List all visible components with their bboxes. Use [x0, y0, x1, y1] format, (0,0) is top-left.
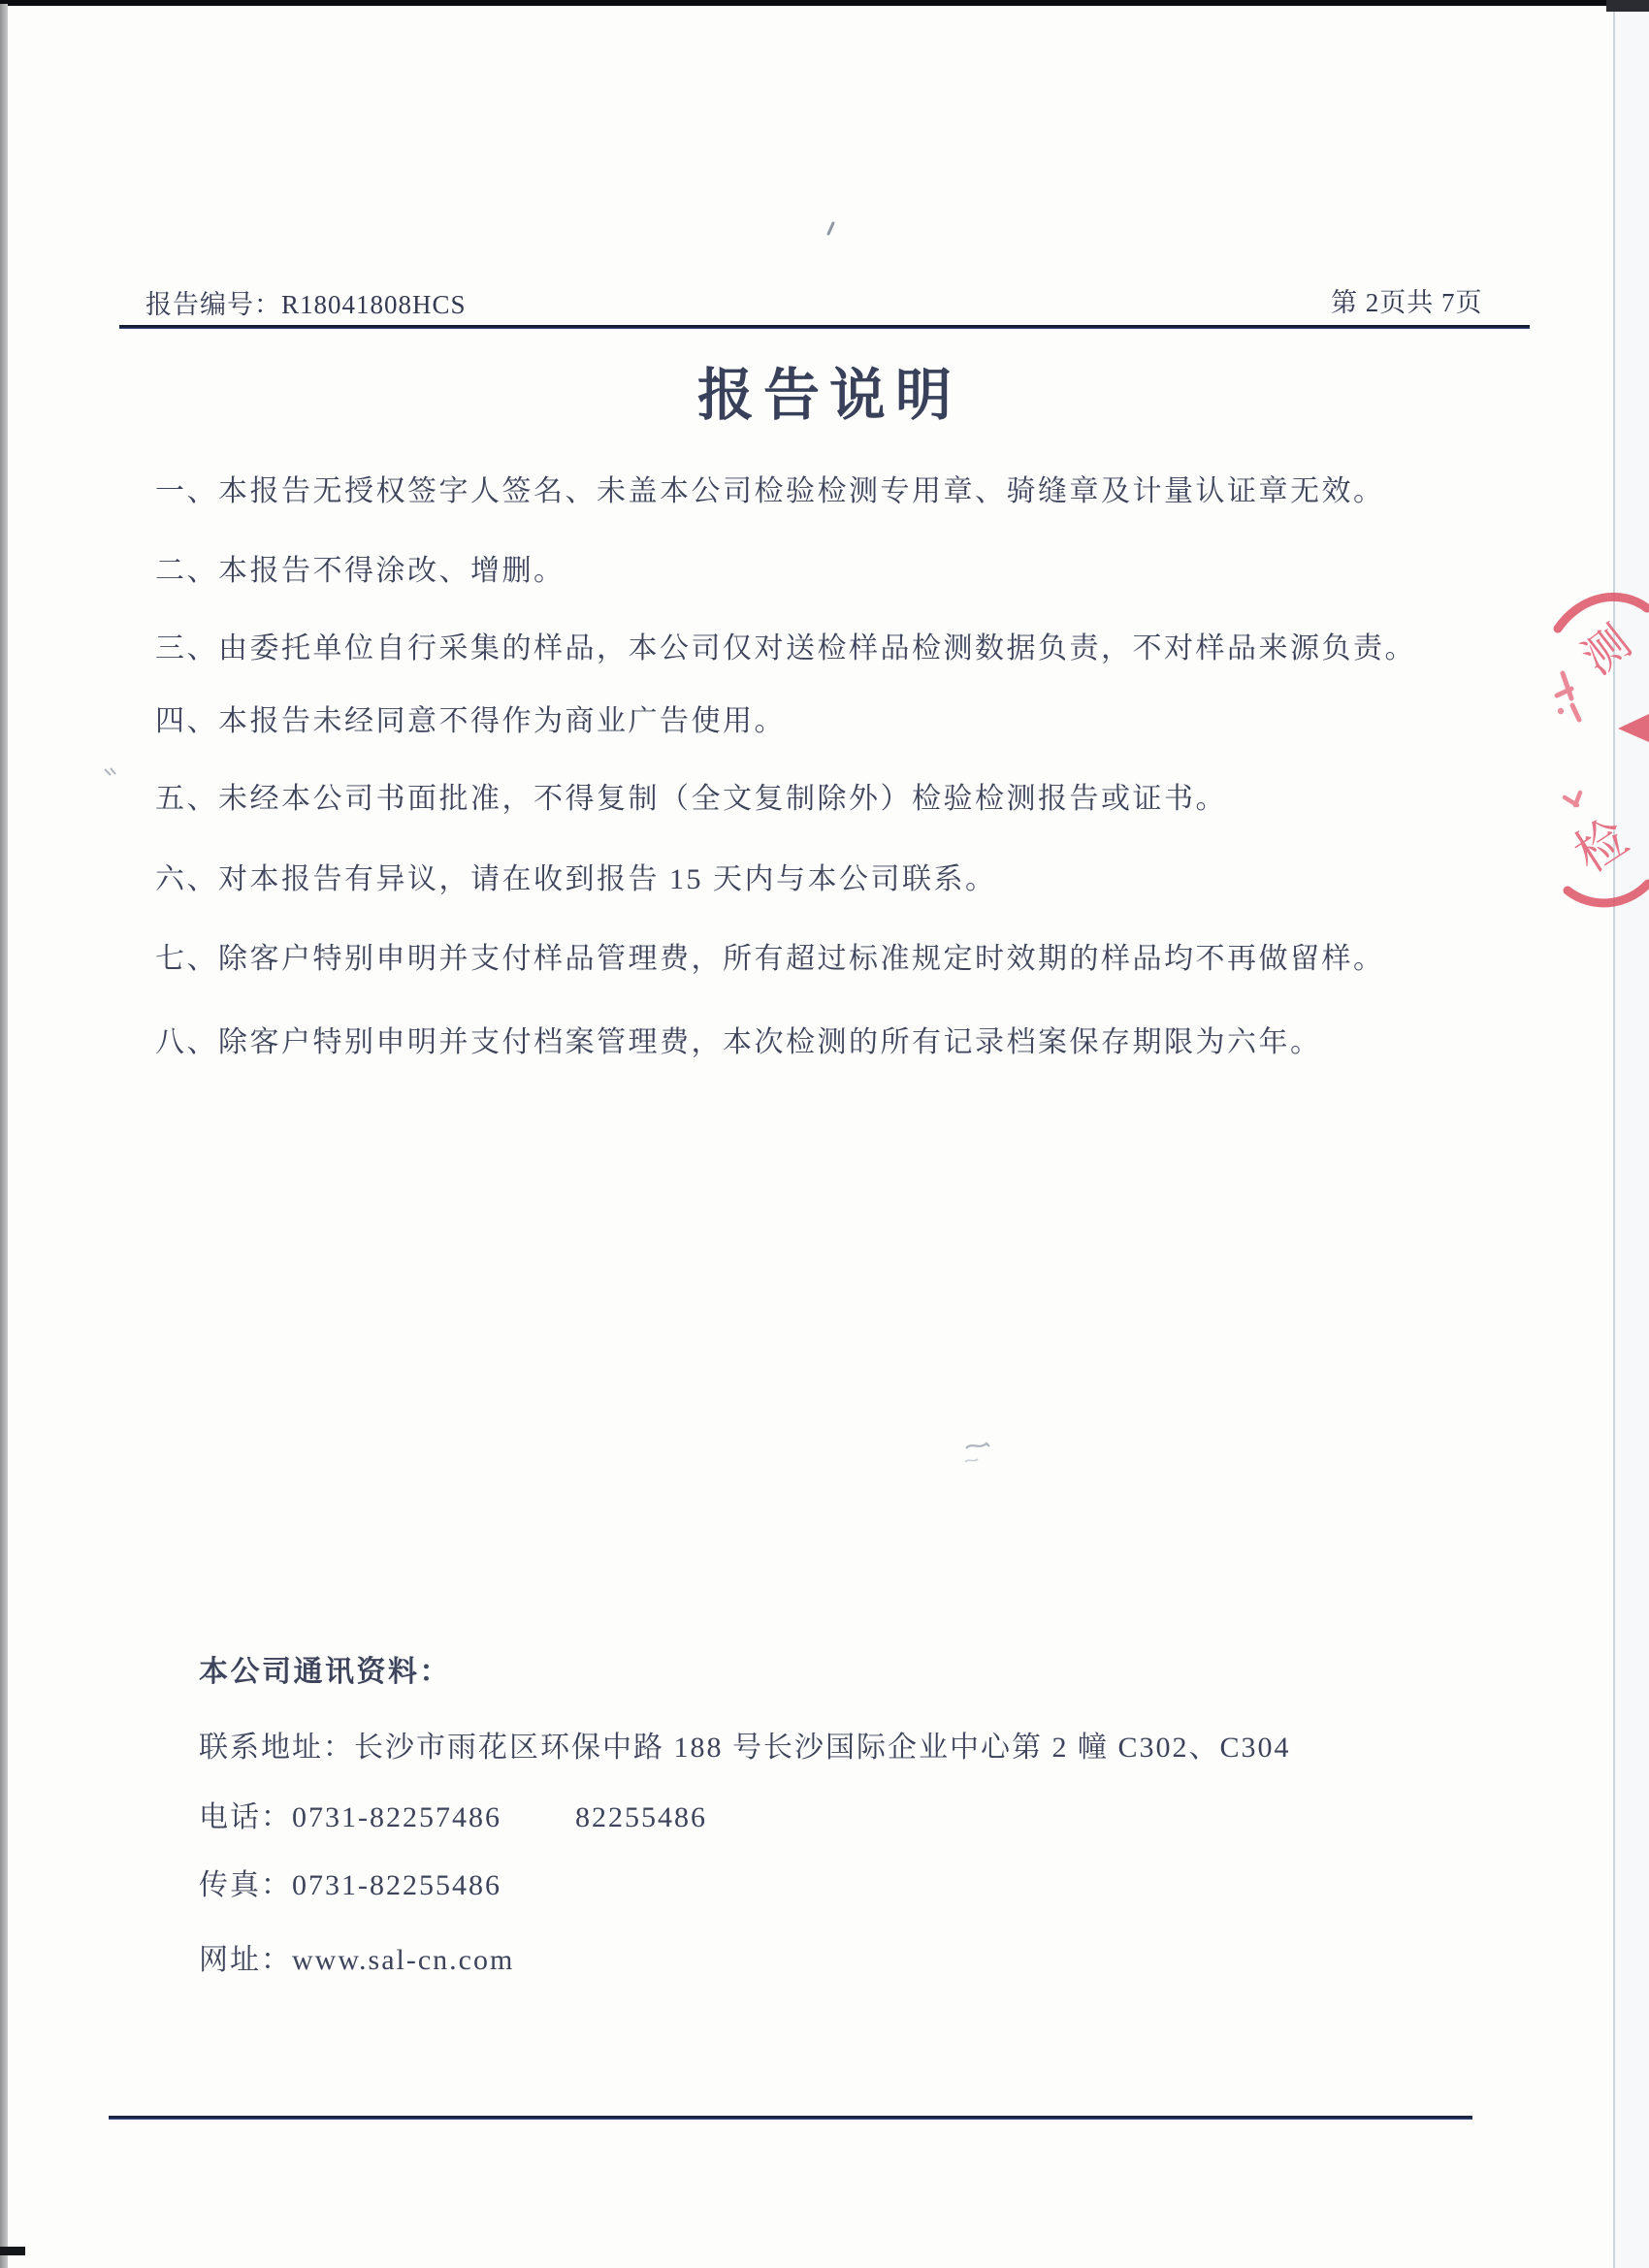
- contact-address-line: 联系地址：长沙市雨花区环保中路 188 号长沙国际企业中心第 2 幢 C302、…: [199, 1723, 1291, 1766]
- seal-border-arc: [1568, 884, 1648, 903]
- seal-character-ce: 测: [1573, 617, 1640, 685]
- page-indicator: 第 2页共 7页: [1331, 281, 1483, 319]
- page-title: 报告说明: [0, 349, 1649, 431]
- note-item-7: 七、除客户特别申明并支付样品管理费，所有超过标准规定时效期的样品均不再做留样。: [155, 943, 1385, 976]
- phone-label: 电话：: [199, 1801, 292, 1833]
- note-item-5: 五、未经本公司书面批准，不得复制（全文复制除外）检验检测报告或证书。: [155, 783, 1227, 816]
- contact-phone-line: 电话：0731-8225748682255486: [199, 1793, 707, 1835]
- seal-dot: [1558, 708, 1564, 714]
- report-number-label: 报告编号：: [145, 290, 281, 319]
- scan-background-right: [1615, 6, 1649, 2268]
- note-item-8: 八、除客户特别申明并支付档案管理费，本次检测的所有记录档案保存期限为六年。: [155, 1026, 1322, 1059]
- note-item-4: 四、本报告未经同意不得作为商业广告使用。: [155, 705, 786, 738]
- fax-value: 0731-82255486: [292, 1869, 501, 1901]
- address-value: 长沙市雨花区环保中路 188 号长沙国际企业中心第 2 幢 C302、C304: [354, 1732, 1291, 1764]
- report-number-value: R18041808HCS: [281, 290, 467, 319]
- seal-character-jian: 检: [1566, 810, 1638, 884]
- scan-corner-mark-bottom-left: [0, 2247, 25, 2255]
- contact-heading: 本公司通讯资料：: [199, 1647, 451, 1690]
- red-seal-fragment-bottom: 检: [1550, 788, 1649, 909]
- note-item-1: 一、本报告无授权签字人签名、未盖本公司检验检测专用章、骑缝章及计量认证章无效。: [155, 475, 1385, 508]
- scan-corner-mark-top-right: [1606, 0, 1649, 12]
- website-label: 网址：: [199, 1944, 292, 1976]
- fax-label: 传真：: [199, 1869, 292, 1901]
- scan-artifact-left: [101, 766, 118, 786]
- scanned-report-page: 报告编号：R18041808HCS 第 2页共 7页 报告说明 一、本报告无授权…: [0, 0, 1649, 2268]
- report-number-line: 报告编号：R18041808HCS: [145, 283, 467, 321]
- contact-fax-line: 传真：0731-82255486: [199, 1861, 501, 1903]
- scan-artifact-tick: [826, 221, 835, 236]
- phone-value-2: 82255486: [575, 1801, 707, 1833]
- header-rule: [119, 325, 1530, 329]
- note-item-2: 二、本报告不得涂改、增删。: [155, 555, 566, 588]
- seal-partial-strokes: [1565, 793, 1580, 805]
- footer-rule: [109, 2116, 1472, 2120]
- seal-triangle-mark: [1618, 714, 1649, 742]
- contact-website-line: 网址：www.sal-cn.com: [199, 1935, 514, 1978]
- note-item-3: 三、由委托单位自行采集的样品，本公司仅对送检样品检测数据负责，不对样品来源负责。: [155, 632, 1416, 665]
- note-item-6: 六、对本报告有异议，请在收到报告 15 天内与本公司联系。: [155, 863, 997, 896]
- scan-edge-top: [0, 0, 1649, 6]
- website-value: www.sal-cn.com: [292, 1944, 514, 1976]
- address-label: 联系地址：: [199, 1732, 354, 1764]
- red-seal-fragment-top: 测: [1550, 582, 1649, 752]
- scan-artifact-squiggle: [963, 1439, 996, 1468]
- phone-value-1: 0731-82257486: [292, 1801, 501, 1833]
- scan-edge-left: [0, 4, 8, 2268]
